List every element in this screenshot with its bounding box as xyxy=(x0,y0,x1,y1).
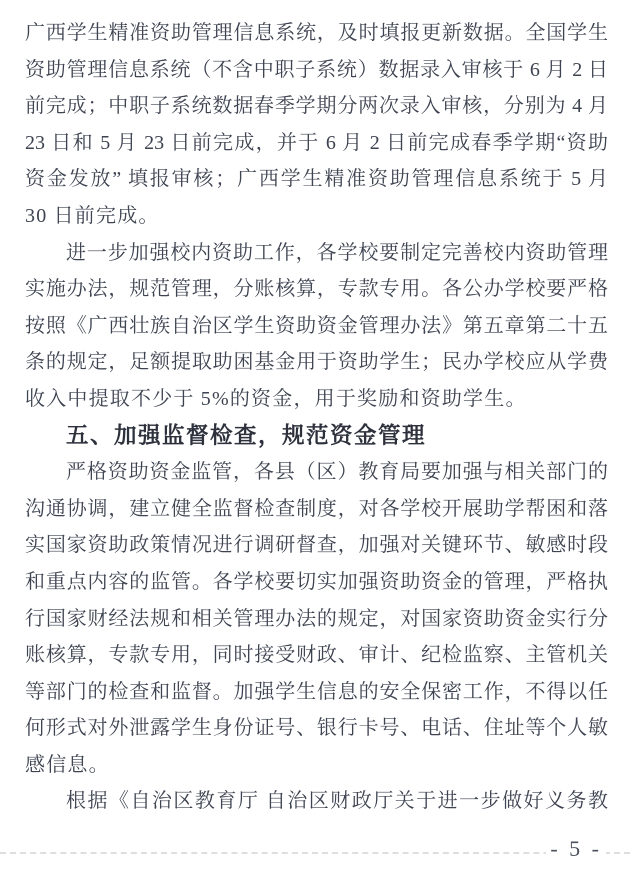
document-line: 条的规定，足额提取助困基金用于资助学生；民办学校应从学费 xyxy=(25,344,608,381)
document-line: 实国家资助政策情况进行调研督查，加强对关键环节、敏感时段 xyxy=(25,527,608,564)
document-line: 收入中提取不少于 5%的资金，用于奖励和资助学生。 xyxy=(25,381,608,418)
document-line: 感信息。 xyxy=(25,747,608,784)
document-line: 23 日和 5 月 23 日前完成，并于 6 月 2 日前完成春季学期“资助 xyxy=(25,125,608,162)
page-number: - 5 - xyxy=(546,836,606,862)
page-footer-rule xyxy=(0,852,630,854)
document-line: 行国家财经法规和相关管理办法的规定，对国家资助资金实行分 xyxy=(25,601,608,638)
section-heading: 五、加强监督检查，规范资金管理 xyxy=(25,418,608,455)
document-line: 资金发放” 填报审核；广西学生精准资助管理信息系统于 5 月 xyxy=(25,161,608,198)
document-line: 和重点内容的监管。各学校要切实加强资助资金的管理，严格执 xyxy=(25,564,608,601)
document-line: 等部门的检查和监督。加强学生信息的安全保密工作，不得以任 xyxy=(25,674,608,711)
document-line: 按照《广西壮族自治区学生资助资金管理办法》第五章第二十五 xyxy=(25,308,608,345)
document-line: 30 日前完成。 xyxy=(25,198,608,235)
document-text-block: 广西学生精准资助管理信息系统，及时填报更新数据。全国学生 资助管理信息系统（不含… xyxy=(25,15,608,820)
document-line: 沟通协调，建立健全监督检查制度，对各学校开展助学帮困和落 xyxy=(25,491,608,528)
document-page: 广西学生精准资助管理信息系统，及时填报更新数据。全国学生 资助管理信息系统（不含… xyxy=(0,0,630,875)
document-line: 严格资助资金监管，各县（区）教育局要加强与相关部门的 xyxy=(25,454,608,491)
document-line: 账核算，专款专用，同时接受财政、审计、纪检监察、主管机关 xyxy=(25,637,608,674)
document-line: 何形式对外泄露学生身份证号、银行卡号、电话、住址等个人敏 xyxy=(25,710,608,747)
document-line: 根据《自治区教育厅 自治区财政厅关于进一步做好义务教 xyxy=(25,783,608,820)
document-line: 资助管理信息系统（不含中职子系统）数据录入审核于 6 月 2 日 xyxy=(25,52,608,89)
document-line: 进一步加强校内资助工作，各学校要制定完善校内资助管理 xyxy=(25,235,608,272)
document-line: 前完成；中职子系统数据春季学期分两次录入审核，分别为 4 月 xyxy=(25,88,608,125)
document-line: 实施办法，规范管理，分账核算，专款专用。各公办学校要严格 xyxy=(25,271,608,308)
document-line: 广西学生精准资助管理信息系统，及时填报更新数据。全国学生 xyxy=(25,15,608,52)
